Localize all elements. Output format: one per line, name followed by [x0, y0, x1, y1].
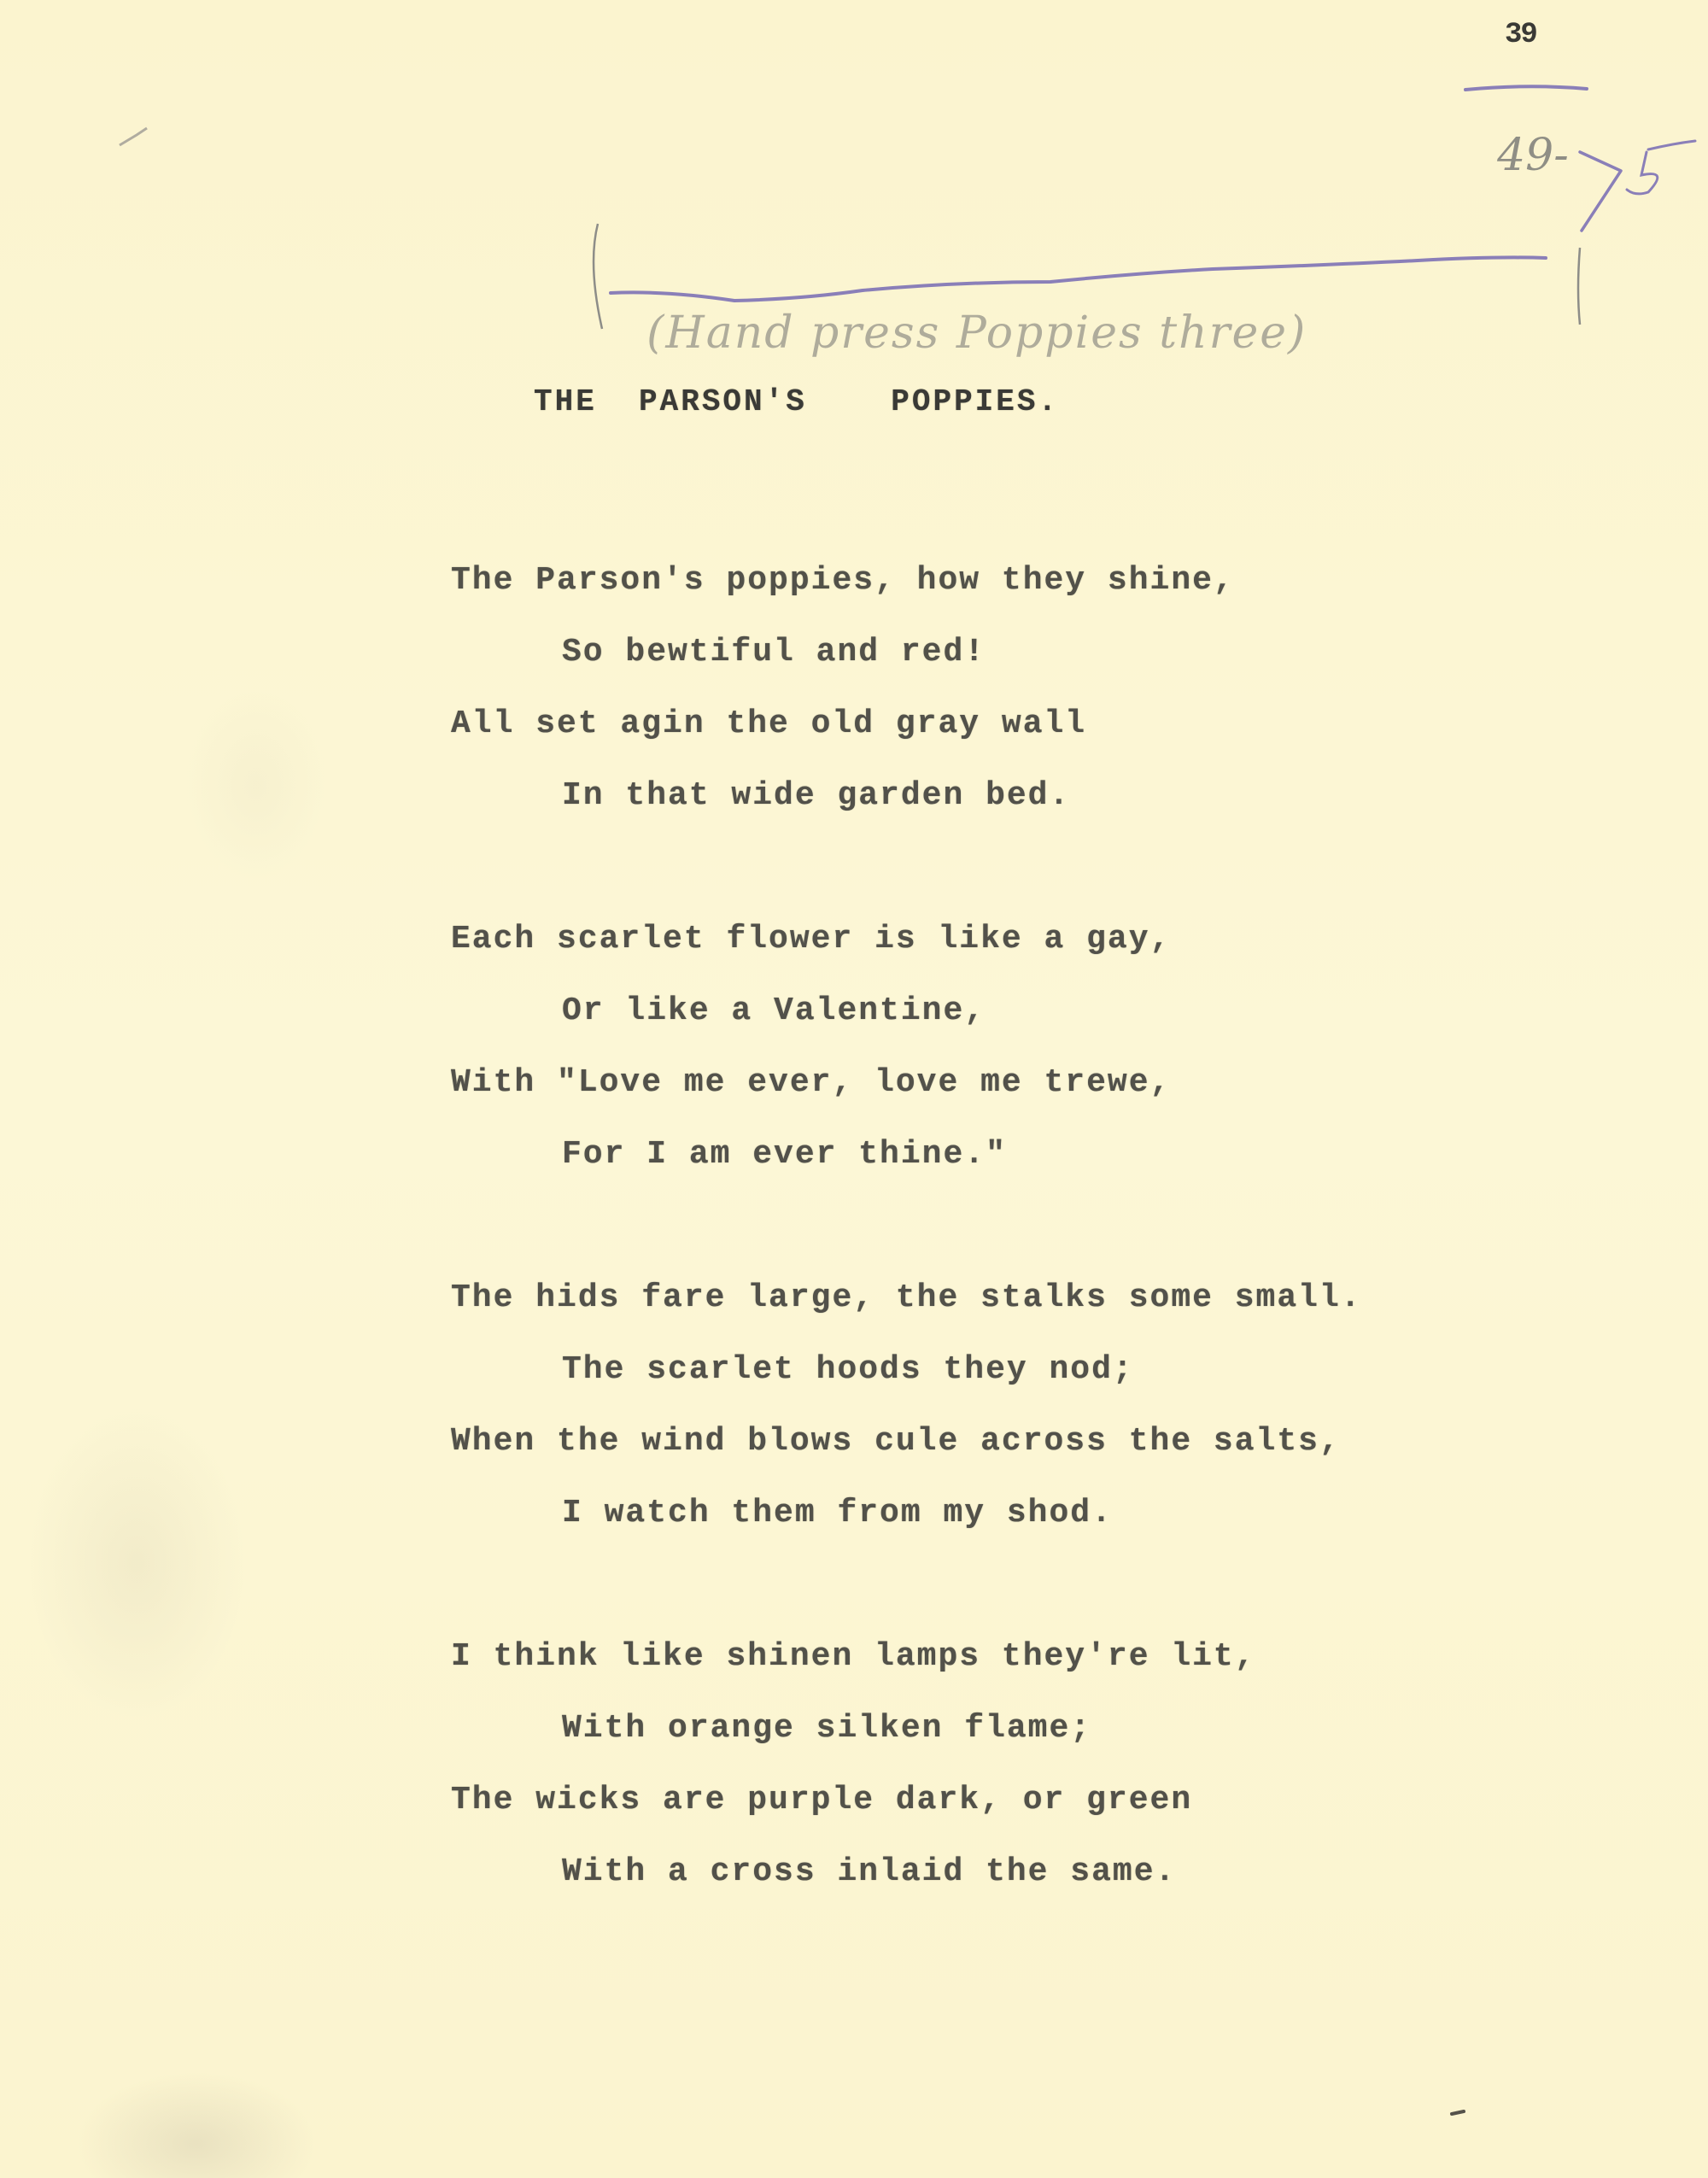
poem-line: When the wind blows cule across the salt…	[451, 1423, 1341, 1460]
poem-line: I think like shinen lamps they're lit,	[451, 1638, 1256, 1675]
poem-line: The hids fare large, the stalks some sma…	[451, 1279, 1362, 1316]
poem-line: The wicks are purple dark, or green	[451, 1782, 1192, 1818]
poem-line: The Parson's poppies, how they shine,	[451, 562, 1235, 599]
handwritten-heading: (Hand press Poppies three)	[615, 256, 1307, 359]
poem-line: All set agin the old gray wall	[451, 706, 1086, 742]
poem-line: With orange silken flame;	[562, 1710, 1091, 1747]
poem-line: With a cross inlaid the same.	[562, 1853, 1176, 1890]
poem-line: The scarlet hoods they nod;	[562, 1351, 1134, 1388]
poem-line: In that wide garden bed.	[562, 777, 1070, 814]
handwritten-page-number-new: 75	[1606, 145, 1708, 272]
poem-line: So bewtiful and red!	[562, 634, 986, 670]
ink-speck-icon	[1452, 2111, 1464, 2114]
poem-line: I watch them from my shod.	[562, 1495, 1113, 1531]
poem-line: Or like a Valentine,	[562, 992, 986, 1029]
typed-page-number: 39	[1505, 19, 1536, 51]
poem-line: For I am ever thine."	[562, 1136, 1007, 1173]
paper-blemish-icon	[120, 128, 147, 145]
poem-line: Each scarlet flower is like a gay,	[451, 921, 1171, 957]
handwritten-page-number-old: 49-	[1469, 79, 1569, 181]
poem-title: THE PARSON'S POPPIES.	[534, 384, 1059, 419]
poem-line: With "Love me ever, love me trewe,	[451, 1064, 1171, 1101]
